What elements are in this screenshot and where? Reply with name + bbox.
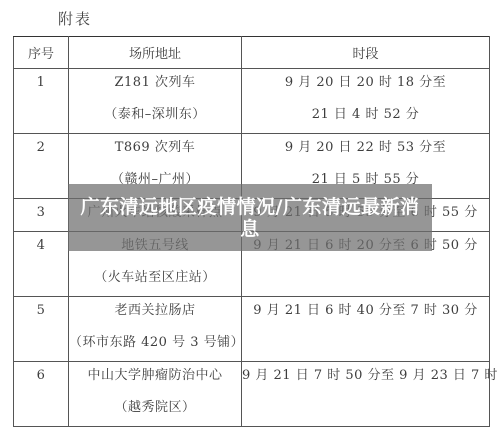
row-index: 1 <box>14 69 69 134</box>
row-index: 4 <box>14 232 69 297</box>
header-place: 场所地址 <box>69 37 242 69</box>
row-index-text: 3 <box>14 199 68 231</box>
place-name: Z181 次列车 <box>69 69 241 101</box>
time-start: 9 月 20 日 22 时 53 分至 <box>242 134 489 166</box>
title-banner-overlay[interactable]: 广东清远地区疫情情况/广东清远最新消息 <box>68 184 432 251</box>
row-place: 中山大学肿瘤防治中心 （越秀院区） <box>69 362 242 427</box>
row-index-text: 5 <box>14 297 68 329</box>
place-detail: （环市东路 420 号 3 号铺） <box>69 329 241 361</box>
row-index: 5 <box>14 297 69 362</box>
header-time: 时段 <box>242 37 490 69</box>
row-index-text: 2 <box>14 134 68 166</box>
table-row: 6 中山大学肿瘤防治中心 （越秀院区） 9 月 21 日 7 时 50 分至 9… <box>14 362 490 427</box>
row-index-text: 4 <box>14 232 68 264</box>
place-detail: （越秀院区） <box>69 394 241 426</box>
table-caption: 附表 <box>58 8 92 29</box>
time-range: 9 月 21 日 7 时 50 分至 9 月 23 日 7 时 <box>242 362 489 394</box>
row-index: 2 <box>14 134 69 199</box>
header-index: 序号 <box>14 37 69 69</box>
place-name: 老西关拉肠店 <box>69 297 241 329</box>
row-index: 6 <box>14 362 69 427</box>
row-place: 老西关拉肠店 （环市东路 420 号 3 号铺） <box>69 297 242 362</box>
place-name: T869 次列车 <box>69 134 241 166</box>
time-start: 9 月 20 日 20 时 18 分至 <box>242 69 489 101</box>
row-time: 9 月 21 日 7 时 50 分至 9 月 23 日 7 时 <box>242 362 490 427</box>
place-detail: （泰和–深圳东） <box>69 101 241 133</box>
row-time: 9 月 20 日 20 时 18 分至 21 日 4 时 52 分 <box>242 69 490 134</box>
row-time: 9 月 21 日 6 时 40 分至 7 时 30 分 <box>242 297 490 362</box>
row-place: Z181 次列车 （泰和–深圳东） <box>69 69 242 134</box>
time-end: 21 日 4 时 52 分 <box>242 101 489 133</box>
row-index-text: 6 <box>14 362 68 394</box>
banner-title[interactable]: 广东清远地区疫情情况/广东清远最新消息 <box>80 196 420 240</box>
table-row: 5 老西关拉肠店 （环市东路 420 号 3 号铺） 9 月 21 日 6 时 … <box>14 297 490 362</box>
table-row: 1 Z181 次列车 （泰和–深圳东） 9 月 20 日 20 时 18 分至 … <box>14 69 490 134</box>
table-header-row: 序号 场所地址 时段 <box>14 37 490 69</box>
place-name: 中山大学肿瘤防治中心 <box>69 362 241 394</box>
time-range: 9 月 21 日 6 时 40 分至 7 时 30 分 <box>242 297 489 329</box>
place-detail: （火车站至区庄站） <box>69 264 241 296</box>
row-index-text: 1 <box>14 69 68 101</box>
row-index: 3 <box>14 199 69 232</box>
